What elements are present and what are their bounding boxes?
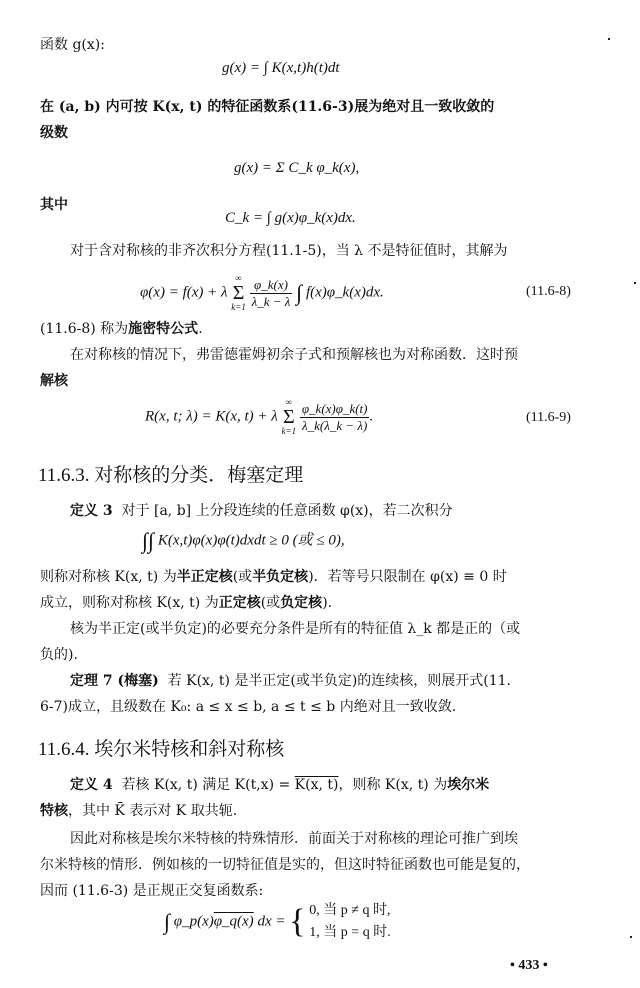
theorem-label: 定理 7 (梅塞) [70,673,159,689]
section-heading-11-6-3: 11.6.3. 对称核的分类．梅塞定理 [38,460,303,487]
denominator: λ_k − λ [250,294,293,310]
section-heading-11-6-4: 11.6.4. 埃尔米特核和斜对称核 [38,734,284,761]
text-line: 其中 [40,196,68,214]
scan-speck [608,38,610,40]
equation-text: dx = [257,913,285,929]
page-number: • 433 • [510,958,548,974]
denominator: λ_k(λ_k − λ) [300,418,370,434]
equation-text: φ(x) = f(x) + λ [140,284,228,300]
text-line: 核为半正定(或半负定)的必要充分条件是所有的特征值 λ_k 都是正的（或 [70,620,520,638]
equation-series: g(x) = Σ C_k φ_k(x), [234,160,359,177]
equation-orthonormal: ∫ φ_p(x)φ_q(x) dx = { 0, 当 p ≠ q 时, 1, 当… [164,900,391,944]
case-1: 0, 当 p ≠ q 时, [309,903,390,918]
text-span: ). [322,595,332,611]
case-2: 1, 当 p = q 时. [309,925,390,940]
equation-g-integral: g(x) = ∫ K(x,t)h(t)dt [222,60,340,77]
text-line: 函数 g(x): [40,36,105,54]
book-page: 函数 g(x): g(x) = ∫ K(x,t)h(t)dt 在 (a, b) … [0,0,640,988]
text-line: 级数 [40,124,68,142]
term-bold: 特核 [40,803,68,819]
equation-text: R(x, t; λ) = K(x, t) + λ [145,408,278,424]
sum-symbol: ∞Σk=1 [231,274,246,312]
term-bold: 正定核 [219,595,261,611]
equation-ck: C_k = ∫ g(x)φ_k(x)dx. [225,210,356,227]
text-span: (或 [261,595,280,611]
fraction: φ_k(x)φ_k(t) λ_k(λ_k − λ) [300,401,370,434]
text-span: 若核 K(x, t) 满足 K(t,x) = [122,777,295,793]
text-line: 负的). [40,646,78,664]
fraction: φ_k(x) λ_k − λ [250,277,293,310]
equation-text: f(x)φ_k(x)dx. [306,284,384,300]
equation-double-integral: ∫∫ K(x,t)φ(x)φ(t)dxdt ≥ 0 (或 ≤ 0), [142,528,345,554]
equation-text: φ_p(x) [174,913,214,929]
text-line: 6-7)成立，且级数在 K₀: a ≤ x ≤ b, a ≤ t ≤ b 内绝对… [40,698,456,716]
text-line: 在 (a, b) 内可按 K(x, t) 的特征函数系(11.6-3)展为绝对且… [40,98,494,116]
equation-text: C_k = ∫ g(x)φ_k(x)dx. [225,210,356,226]
definition-label: 定义 4 [70,777,113,793]
text-line: 则称对称核 K(x, t) 为半正定核(或半负定核)．若等号只限制在 φ(x) … [40,568,507,586]
text-span: (或 [233,569,252,585]
text-span: 成立，则称对称核 K(x, t) 为 [40,595,219,611]
text-line: 尔米特核的情形．例如核的一切特征值是实的，但这时特征函数也可能是复的， [40,856,530,874]
text-span: )．若等号只限制在 φ(x) ≡ 0 时 [308,569,507,585]
text-span: ，则称 K(x, t) 为 [338,777,447,793]
numerator: φ_k(x)φ_k(t) [300,401,370,418]
equation-number: (11.6-8) [526,284,571,300]
cases: 0, 当 p ≠ q 时, 1, 当 p = q 时. [309,900,390,944]
text-span: ，其中 K̄ 表示对 K 取共轭. [68,803,237,819]
numerator: φ_k(x) [250,277,293,294]
integral-symbol: ∫∫ [142,528,154,553]
left-brace: { [289,903,305,940]
term-bold: 负定核 [280,595,322,611]
text-span: (11.6-8) 称为 [40,321,128,337]
theorem-7: 定理 7 (梅塞) 若 K(x, t) 是半正定(或半负定)的连续核，则展开式(… [70,672,511,690]
integral-symbol: ∫ [164,909,170,934]
text-span: 则称对称核 K(x, t) 为 [40,569,177,585]
text-span: 若 K(x, t) 是半正定(或半负定)的连续核，则展开式(11. [168,673,511,689]
text-line: 对于含对称核的非齐次积分方程(11.1-5)，当 λ 不是特征值时，其解为 [70,242,508,260]
integral-symbol: ∫ [296,280,302,305]
definition-3: 定义 3 对于 [a, b] 上分段连续的任意函数 φ(x)，若二次积分 [70,502,453,520]
sum-symbol: ∞Σk=1 [282,398,297,436]
term-bold: 半负定核 [252,569,308,585]
scan-speck [630,936,632,938]
scan-speck [634,282,636,284]
text-line: 因此对称核是埃尔米特核的特殊情形．前面关于对称核的理论可推广到埃 [70,830,518,848]
equation-text: K(x,t)φ(x)φ(t)dxdt ≥ 0 (或 ≤ 0), [158,532,345,548]
term-bold: 施密特公式 [128,321,198,337]
text-line: 解核 [40,372,68,390]
definition-4: 定义 4 若核 K(x, t) 满足 K(t,x) = K(x, t)，则称 K… [70,776,489,794]
text-line: 在对称核的情况下，弗雷德霍姆初余子式和预解核也为对称函数．这时预 [70,346,518,364]
definition-label: 定义 3 [70,503,113,519]
equation-text: g(x) = Σ C_k φ_k(x), [234,160,359,176]
equation-number: (11.6-9) [526,410,571,426]
term-bold: 半正定核 [177,569,233,585]
conjugate-term: K(x, t) [295,777,339,793]
text-span: . [198,321,202,337]
equation-11-6-8: φ(x) = f(x) + λ ∞Σk=1 φ_k(x) λ_k − λ ∫ f… [140,274,384,312]
equation-text: g(x) = ∫ K(x,t)h(t)dt [222,60,340,76]
text-line: (11.6-8) 称为施密特公式. [40,320,203,338]
text-line: 成立，则称对称核 K(x, t) 为正定核(或负定核). [40,594,332,612]
conjugate-term: φ_q(x) [214,913,254,929]
equation-11-6-9: R(x, t; λ) = K(x, t) + λ ∞Σk=1 φ_k(x)φ_k… [145,398,373,436]
text-line: 因而 (11.6-3) 是正规正交复函数系: [40,882,263,900]
term-bold: 埃尔米 [447,777,489,793]
text-line: 特核，其中 K̄ 表示对 K 取共轭. [40,802,237,820]
text-span: 对于 [a, b] 上分段连续的任意函数 φ(x)，若二次积分 [122,503,453,519]
